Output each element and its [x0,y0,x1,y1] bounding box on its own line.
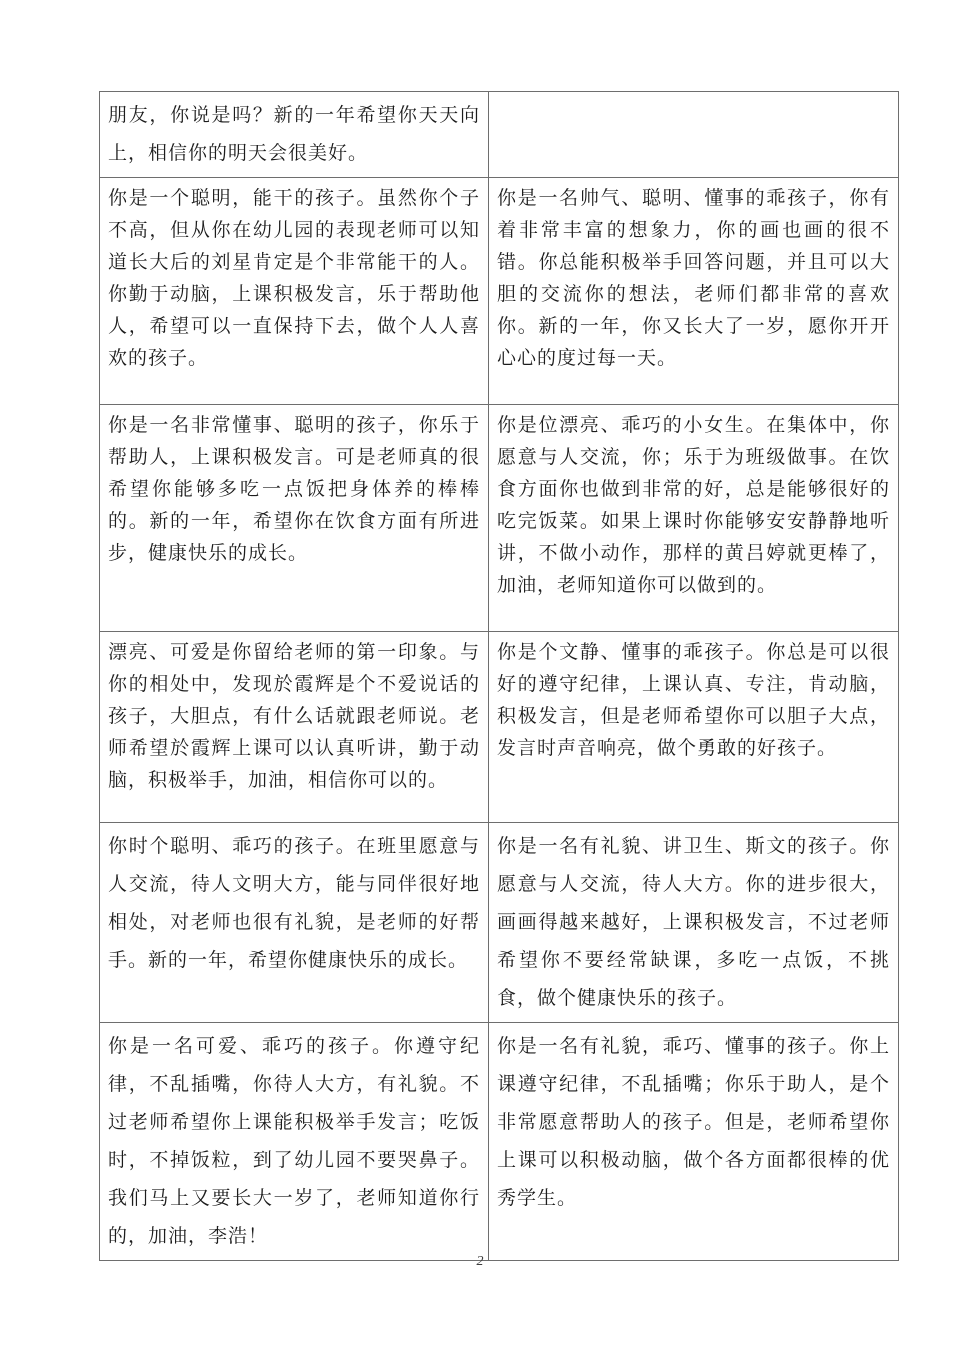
comment-cell: 你是个文静、懂事的乖孩子。你总是可以很好的遵守纪律，上课认真、专注，肯动脑，积极… [489,632,899,823]
comment-cell: 你是一名有礼貌、讲卫生、斯文的孩子。你愿意与人交流，待人大方。你的进步很大，画画… [489,823,899,1023]
comment-cell: 你时个聪明、乖巧的孩子。在班里愿意与人交流，待人文明大方，能与同伴很好地相处，对… [100,823,489,1023]
table-row: 你是一名可爱、乖巧的孩子。你遵守纪律，不乱插嘴，你待人大方，有礼貌。不过老师希望… [100,1023,899,1261]
table-row: 你时个聪明、乖巧的孩子。在班里愿意与人交流，待人文明大方，能与同伴很好地相处，对… [100,823,899,1023]
page-number: 2 [0,1254,960,1270]
table-row: 你是一名非常懂事、聪明的孩子，你乐于帮助人，上课积极发言。可是老师真的很希望你能… [100,405,899,632]
comment-cell: 漂亮、可爱是你留给老师的第一印象。与你的相处中，发现於霞辉是个不爱说话的孩子，大… [100,632,489,823]
comment-cell: 你是一个聪明，能干的孩子。虽然你个子不高，但从你在幼儿园的表现老师可以知道长大后… [100,178,489,405]
comment-cell: 朋友，你说是吗？新的一年希望你天天向上，相信你的明天会很美好。 [100,92,489,178]
document-page: 朋友，你说是吗？新的一年希望你天天向上，相信你的明天会很美好。 你是一个聪明，能… [0,0,960,1358]
comment-cell: 你是一名非常懂事、聪明的孩子，你乐于帮助人，上课积极发言。可是老师真的很希望你能… [100,405,489,632]
comment-cell: 你是一名可爱、乖巧的孩子。你遵守纪律，不乱插嘴，你待人大方，有礼貌。不过老师希望… [100,1023,489,1261]
table-row: 朋友，你说是吗？新的一年希望你天天向上，相信你的明天会很美好。 [100,92,899,178]
comment-cell-empty [489,92,899,178]
comments-table-body: 朋友，你说是吗？新的一年希望你天天向上，相信你的明天会很美好。 你是一个聪明，能… [100,92,899,1261]
comment-cell: 你是位漂亮、乖巧的小女生。在集体中，你愿意与人交流，你；乐于为班级做事。在饮食方… [489,405,899,632]
table-row: 你是一个聪明，能干的孩子。虽然你个子不高，但从你在幼儿园的表现老师可以知道长大后… [100,178,899,405]
comment-cell: 你是一名帅气、聪明、懂事的乖孩子，你有着非常丰富的想象力，你的画也画的很不错。你… [489,178,899,405]
table-row: 漂亮、可爱是你留给老师的第一印象。与你的相处中，发现於霞辉是个不爱说话的孩子，大… [100,632,899,823]
comments-table: 朋友，你说是吗？新的一年希望你天天向上，相信你的明天会很美好。 你是一个聪明，能… [99,91,899,1261]
comment-cell: 你是一名有礼貌，乖巧、懂事的孩子。你上课遵守纪律，不乱插嘴；你乐于助人，是个非常… [489,1023,899,1261]
